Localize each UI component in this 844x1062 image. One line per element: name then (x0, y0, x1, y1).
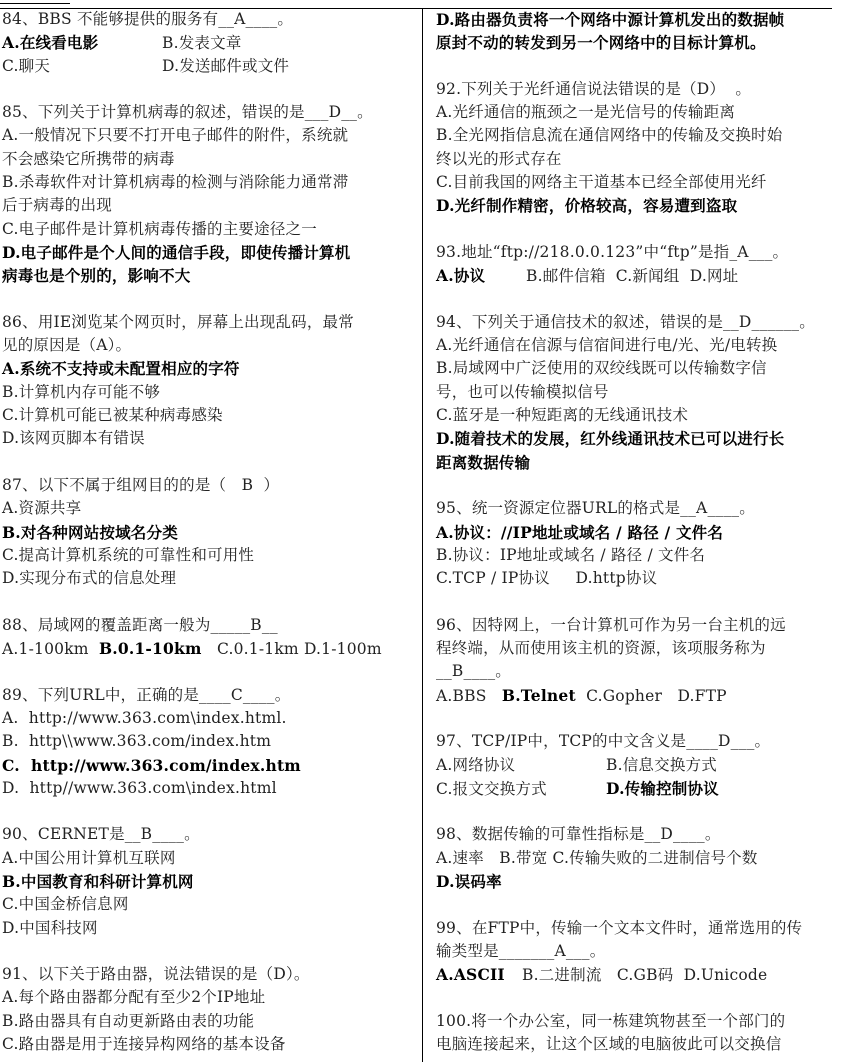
text-line: A.中国公用计算机互联网 (2, 847, 418, 870)
text-line: C.TCP / IP协议 D.http协议 (436, 567, 840, 590)
text-line: B.局域网中广泛使用的双绞线既可以传输数字信 (436, 357, 840, 380)
text-line: 程终端，从而使用该主机的资源，该项服务称为 (436, 637, 840, 660)
option-row: C.报文交换方式D.传输控制协议 (436, 777, 840, 800)
question-q91-cont: D.路由器负责将一个网络中源计算机发出的数据帧原封不动的转发到另一个网络中的目标… (436, 8, 840, 78)
correct-answer-line: D.路由器负责将一个网络中源计算机发出的数据帧 (436, 8, 840, 31)
question-stem-line: 95、统一资源定位器URL的格式是__A____。 (436, 497, 840, 520)
text-line: C.提高计算机系统的可靠性和可用性 (2, 544, 418, 567)
blank-line (436, 288, 840, 311)
blank-line (436, 800, 840, 823)
text-line: D.该网页脚本有错误 (2, 427, 418, 450)
option-row: A.1-100km B.0.1-10km C.0.1-1km D.1-100m (2, 637, 418, 660)
answer-option: B.邮件信箱 C.新闻组 D.网址 (526, 265, 738, 288)
blank-line (436, 986, 840, 1009)
question-stem-line: 88、局域网的覆盖距离一般为_____B__ (2, 614, 418, 637)
answer-option: C.聊天 (2, 55, 162, 78)
question-q95: 95、统一资源定位器URL的格式是__A____。A.协议：//IP地址或域名 … (436, 497, 840, 613)
question-stem-line: 97、TCP/IP中，TCP的中文含义是____D___。 (436, 730, 840, 753)
blank-line (436, 474, 840, 497)
question-q92: 92.下列关于光纤通信说法错误的是（D） 。A.光纤通信的瓶颈之一是光信号的传输… (436, 78, 840, 241)
correct-answer-line: A.系统不支持或未配置相应的字符 (2, 357, 418, 380)
text-line: B.协议：IP地址或域名 / 路径 / 文件名 (436, 544, 840, 567)
blank-line (436, 893, 840, 916)
question-stem-line: 98、数据传输的可靠性指标是__D____。 (436, 823, 840, 846)
question-q99: 99、在FTP中，传输一个文本文件时，通常选用的传输类型是_______A___… (436, 917, 840, 1010)
correct-answer-line: B.中国教育和科研计算机网 (2, 870, 418, 893)
correct-answer-line: B.对各种网站按域名分类 (2, 521, 418, 544)
question-q91: 91、以下关于路由器，说法错误的是（D）。A.每个路由器都分配有至少2个IP地址… (2, 963, 418, 1056)
question-stem-line: 99、在FTP中，传输一个文本文件时，通常选用的传 (436, 917, 840, 940)
text-line: B.路由器具有自动更新路由表的功能 (2, 1010, 418, 1033)
question-q97: 97、TCP/IP中，TCP的中文含义是____D___。A.网络协议B.信息交… (436, 730, 840, 823)
text-line: C.电子邮件是计算机病毒传播的主要途径之一 (2, 218, 418, 241)
correct-answer-line: D.随着技术的发展，红外线通讯技术已可以进行长 (436, 427, 840, 450)
text-line: C.目前我国的网络主干道基本已经全部使用光纤 (436, 171, 840, 194)
blank-line (436, 218, 840, 241)
answer-option: C.报文交换方式 (436, 778, 606, 801)
answer-option: C.0.1-1km D.1-100m (202, 638, 382, 661)
correct-answer-option: B.Telnet (502, 684, 576, 707)
question-q96: 96、因特网上，一台计算机可作为另一台主机的远程终端，从而使用该主机的资源，该项… (436, 614, 840, 730)
answer-option: B.二进制流 C.GB码 D.Unicode (522, 964, 767, 987)
text-line: 见的原因是（A）。 (2, 334, 418, 357)
blank-line (2, 940, 418, 963)
question-stem-line: 94、下列关于通信技术的叙述，错误的是__D______。 (436, 311, 840, 334)
blank-line (2, 590, 418, 613)
option-row: A.ASCIIB.二进制流 C.GB码 D.Unicode (436, 963, 840, 986)
column-divider (422, 8, 423, 1062)
answer-option: D.发送邮件或文件 (162, 55, 289, 78)
text-line: D.中国科技网 (2, 917, 418, 940)
correct-answer-line: C. http://www.363.com/index.htm (2, 754, 418, 777)
correct-answer-option: A.在线看电影 (2, 31, 162, 54)
question-q100: 100.将一个办公室，同一栋建筑物甚至一个部门的电脑连接起来，让这个区域的电脑彼… (436, 1010, 840, 1057)
blank-line (2, 660, 418, 683)
text-line: A.速率 B.带宽 C.传输失败的二进制信号个数 (436, 847, 840, 870)
question-stem-line: 96、因特网上，一台计算机可作为另一台主机的远 (436, 614, 840, 637)
text-line: B.计算机内存可能不够 (2, 381, 418, 404)
correct-answer-line: D.误码率 (436, 870, 840, 893)
blank-line (436, 55, 840, 78)
text-line: 终以光的形式存在 (436, 148, 840, 171)
text-line: C.计算机可能已被某种病毒感染 (2, 404, 418, 427)
text-line: 输类型是_______A___。 (436, 940, 840, 963)
text-line: D. http//www.363.com\index.html (2, 777, 418, 800)
correct-answer-line: D.电子邮件是个人间的通信手段，即使传播计算机 (2, 241, 418, 264)
right-column: D.路由器负责将一个网络中源计算机发出的数据帧原封不动的转发到另一个网络中的目标… (436, 8, 840, 1056)
question-q93: 93.地址“ftp://218.0.0.123”中“ftp”是指_A___。A.… (436, 241, 840, 311)
text-line: B. http\\www.363.com/index.htm (2, 730, 418, 753)
correct-answer-option: D.传输控制协议 (606, 777, 719, 800)
question-stem-line: 84、BBS 不能够提供的服务有__A____。 (2, 8, 418, 31)
question-q88: 88、局域网的覆盖距离一般为_____B__A.1-100km B.0.1-10… (2, 614, 418, 684)
question-stem-line: 90、CERNET是__B____。 (2, 823, 418, 846)
blank-line (2, 451, 418, 474)
text-line: 号，也可以传输模拟信号 (436, 381, 840, 404)
question-q89: 89、下列URL中，正确的是____C____。A. http://www.36… (2, 684, 418, 824)
text-line: D.实现分布式的信息处理 (2, 567, 418, 590)
blank-line (436, 707, 840, 730)
left-column: 84、BBS 不能够提供的服务有__A____。A.在线看电影B.发表文章C.聊… (2, 8, 418, 1056)
question-stem-line: 91、以下关于路由器，说法错误的是（D）。 (2, 963, 418, 986)
answer-option: A.网络协议 (436, 754, 606, 777)
header-underline-stub (0, 3, 70, 4)
correct-answer-line: 原封不动的转发到另一个网络中的目标计算机。 (436, 31, 840, 54)
answer-option: A.BBS (436, 685, 502, 708)
question-stem-line: 87、以下不属于组网目的的是（ B ） (2, 474, 418, 497)
question-stem-line: 93.地址“ftp://218.0.0.123”中“ftp”是指_A___。 (436, 241, 840, 264)
option-row: A.网络协议B.信息交换方式 (436, 754, 840, 777)
option-row: A.BBS B.Telnet C.Gopher D.FTP (436, 684, 840, 707)
blank-line (2, 800, 418, 823)
question-q87: 87、以下不属于组网目的的是（ B ）A.资源共享B.对各种网站按域名分类C.提… (2, 474, 418, 614)
correct-answer-option: A.ASCII (436, 963, 522, 986)
text-line: 后于病毒的出现 (2, 194, 418, 217)
text-line: B.全光网指信息流在通信网络中的传输及交换时始 (436, 124, 840, 147)
text-line: __B____。 (436, 660, 840, 683)
correct-answer-line: 距离数据传输 (436, 451, 840, 474)
text-line: 电脑连接起来，让这个区域的电脑彼此可以交换信 (436, 1033, 840, 1056)
correct-answer-line: A.协议：//IP地址或域名 / 路径 / 文件名 (436, 521, 840, 544)
question-q90: 90、CERNET是__B____。A.中国公用计算机互联网B.中国教育和科研计… (2, 823, 418, 963)
question-stem-line: 89、下列URL中，正确的是____C____。 (2, 684, 418, 707)
option-row: A.在线看电影B.发表文章 (2, 31, 418, 54)
text-line: A. http://www.363.com\index.html. (2, 707, 418, 730)
text-line: A.一般情况下只要不打开电子邮件的附件，系统就 (2, 124, 418, 147)
option-row: C.聊天D.发送邮件或文件 (2, 55, 418, 78)
blank-line (2, 288, 418, 311)
correct-answer-option: B.0.1-10km (99, 637, 202, 660)
question-q86: 86、用IE浏览某个网页时，屏幕上出现乱码，最常见的原因是（A）。A.系统不支持… (2, 311, 418, 474)
question-q94: 94、下列关于通信技术的叙述，错误的是__D______。A.光纤通信在信源与信… (436, 311, 840, 497)
blank-line (2, 78, 418, 101)
text-line: C.中国金桥信息网 (2, 893, 418, 916)
text-line: 不会感染它所携带的病毒 (2, 148, 418, 171)
question-stem-line: 86、用IE浏览某个网页时，屏幕上出现乱码，最常 (2, 311, 418, 334)
question-q85: 85、下列关于计算机病毒的叙述，错误的是___D__。A.一般情况下只要不打开电… (2, 101, 418, 311)
text-line: C.路由器是用于连接异构网络的基本设备 (2, 1033, 418, 1056)
question-stem-line: 85、下列关于计算机病毒的叙述，错误的是___D__。 (2, 101, 418, 124)
text-line: A.资源共享 (2, 497, 418, 520)
question-q98: 98、数据传输的可靠性指标是__D____。A.速率 B.带宽 C.传输失败的二… (436, 823, 840, 916)
text-line: A.光纤通信在信源与信宿间进行电/光、光/电转换 (436, 334, 840, 357)
answer-option: B.信息交换方式 (606, 754, 717, 777)
option-row: A.协议B.邮件信箱 C.新闻组 D.网址 (436, 264, 840, 287)
answer-option: B.发表文章 (162, 32, 242, 55)
question-q84: 84、BBS 不能够提供的服务有__A____。A.在线看电影B.发表文章C.聊… (2, 8, 418, 101)
question-stem-line: 100.将一个办公室，同一栋建筑物甚至一个部门的 (436, 1010, 840, 1033)
answer-option: A.1-100km (2, 638, 99, 661)
answer-option: C.Gopher D.FTP (576, 685, 727, 708)
correct-answer-line: D.光纤制作精密，价格较高，容易遭到盗取 (436, 194, 840, 217)
text-line: A.光纤通信的瓶颈之一是光信号的传输距离 (436, 101, 840, 124)
text-line: C.蓝牙是一种短距离的无线通讯技术 (436, 404, 840, 427)
correct-answer-line: 病毒也是个别的，影响不大 (2, 264, 418, 287)
blank-line (436, 590, 840, 613)
correct-answer-option: A.协议 (436, 264, 526, 287)
text-line: B.杀毒软件对计算机病毒的检测与消除能力通常滞 (2, 171, 418, 194)
question-stem-line: 92.下列关于光纤通信说法错误的是（D） 。 (436, 78, 840, 101)
text-line: A.每个路由器都分配有至少2个IP地址 (2, 986, 418, 1009)
